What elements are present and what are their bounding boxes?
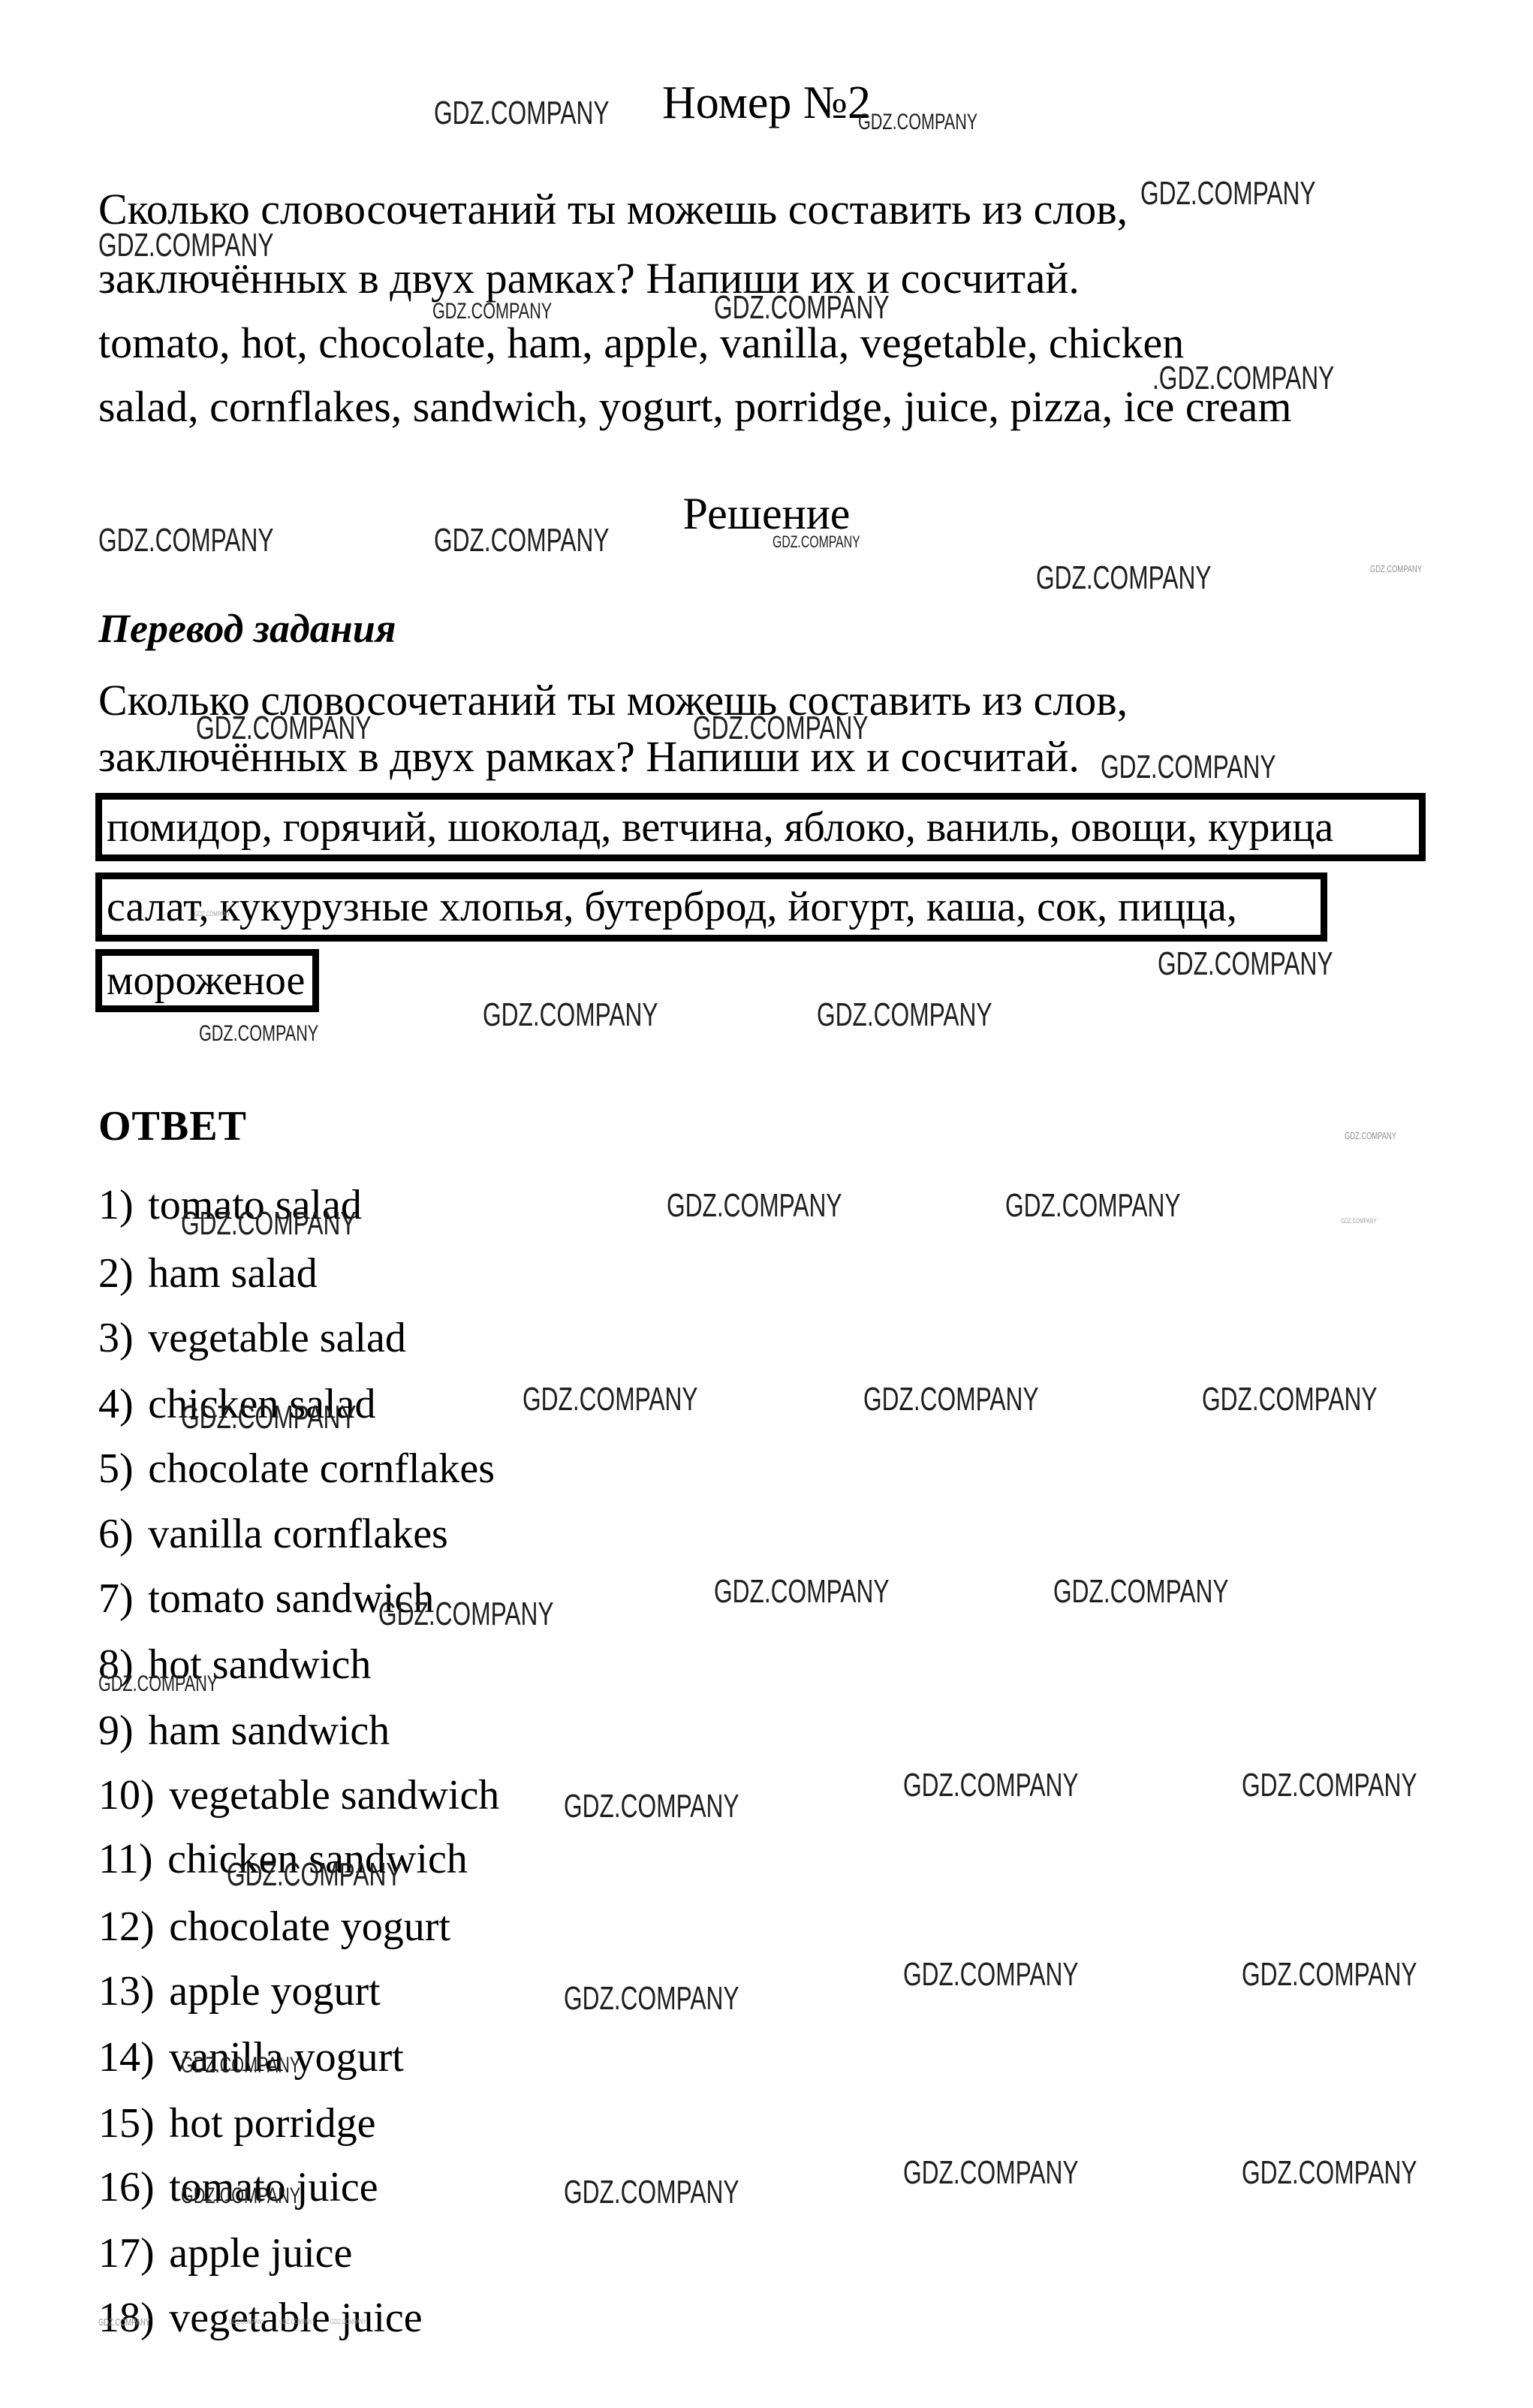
gdz-watermark: GDZ.COMPANY — [227, 1858, 402, 1891]
gdz-watermark: GDZ.COMPANY — [714, 1575, 890, 1608]
answer-item: 2)ham salad — [98, 1251, 318, 1296]
answer-item-number: 15) — [98, 2100, 155, 2147]
gdz-watermark: GDZ.COMPANY — [1242, 1769, 1417, 1802]
gdz-watermark: GDZ.COMPANY — [1242, 2156, 1417, 2190]
answer-item-number: 10) — [98, 1772, 155, 1819]
translation-box-1: помидор, горячий, шоколад, ветчина, ябло… — [95, 793, 1426, 861]
answer-item-number: 12) — [98, 1903, 155, 1950]
gdz-watermark: GDZ.COMPANY — [773, 534, 860, 550]
gdz-watermark: GDZ.COMPANY — [199, 1023, 318, 1045]
answer-item-number: 7) — [98, 1575, 134, 1622]
gdz-watermark: GDZ.COMPANY — [564, 1790, 739, 1823]
answer-item-number: 1) — [98, 1182, 134, 1228]
gdz-watermark: GDZ.COMPANY — [98, 1673, 218, 1695]
answer-item: 10)vegetable sandwich — [98, 1773, 499, 1818]
gdz-watermark: .GDZ.COMPANY — [1152, 362, 1334, 395]
answer-item-number: 4) — [98, 1381, 134, 1427]
answer-item-number: 17) — [98, 2230, 155, 2277]
translation-heading: Перевод задания — [98, 607, 396, 650]
answer-item-number: 5) — [98, 1445, 134, 1492]
gdz-watermark: GDZ.COMPANY — [181, 2054, 300, 2077]
answer-item-number: 14) — [98, 2034, 155, 2081]
answer-item-text: apple yogurt — [169, 1968, 380, 2015]
answer-heading: ОТВЕТ — [98, 1104, 247, 1149]
words-line-1: tomato, hot, chocolate, ham, apple, vani… — [98, 320, 1184, 367]
gdz-watermark: GDZ.COMPANY — [1005, 1189, 1181, 1222]
gdz-watermark: GDZ.COMPANY — [434, 524, 610, 557]
answer-item: 3)vegetable salad — [98, 1316, 406, 1361]
gdz-watermark: GDZ.COMPANY — [693, 712, 869, 745]
words-line-2: salad, cornflakes, sandwich, yogurt, por… — [98, 384, 1292, 431]
gdz-watermark: GDZ.COMPANY — [564, 1982, 739, 2015]
gdz-watermark: GDZ.COMPANY — [378, 1598, 554, 1631]
translation-box-1-text: помидор, горячий, шоколад, ветчина, ябло… — [107, 803, 1333, 851]
answer-item-number: 16) — [98, 2164, 155, 2211]
answer-item-text: vegetable salad — [148, 1315, 406, 1361]
gdz-watermark: GDZ.COMPANY — [181, 2185, 300, 2208]
gdz-watermark: GDZ.COMPANY — [1158, 948, 1333, 981]
gdz-watermark: GDZ.COMPANY — [1036, 562, 1212, 595]
gdz-watermark: GDZ.COMPANY — [1370, 564, 1422, 574]
answer-item-text: apple juice — [169, 2230, 352, 2277]
answer-item-number: 11) — [98, 1836, 153, 1882]
answer-item-number: 13) — [98, 1968, 155, 2015]
gdz-watermark: GDZ.COMPANY — [196, 712, 372, 745]
gdz-watermark: GDZ.COMPANY — [523, 1383, 698, 1416]
answer-item: 13)apple yogurt — [98, 1969, 381, 2014]
gdz-watermark: GDZ.COMPANY — [98, 524, 274, 557]
gdz-watermark: GDZ.COMPANY — [1101, 751, 1276, 784]
gdz-watermark: GDZ.COMPANY — [1345, 1131, 1396, 1141]
translation-box-3: мороженое — [95, 949, 319, 1012]
answer-item-number: 3) — [98, 1315, 134, 1361]
gdz-watermark: GDZ.COMPANY — [181, 1401, 357, 1434]
answer-item-number: 6) — [98, 1511, 134, 1557]
gdz-watermark: GDZ.COMPANY — [1053, 1575, 1229, 1608]
gdz-watermark: GDZ.COMPANY — [858, 111, 977, 134]
gdz-watermark: GDZ.COMPANY — [434, 97, 610, 130]
answer-item-text: vegetable sandwich — [169, 1772, 499, 1819]
answer-item-text: ham sandwich — [148, 1707, 390, 1754]
answer-item-text: chocolate cornflakes — [148, 1445, 495, 1492]
gdz-watermark: GDZ.COMPANY — [863, 1383, 1039, 1416]
document-page: Номер №2 GDZ.COMPANY GDZ.COMPANY Сколько… — [0, 0, 1533, 2408]
gdz-watermark: GDZ.COMPANY — [667, 1189, 842, 1222]
answer-item-text: ham salad — [148, 1250, 317, 1297]
gdz-watermark: GDZ.COMPANY — [330, 2319, 366, 2325]
gdz-watermark: GDZ.COMPANY — [564, 2176, 739, 2209]
gdz-watermark: GDZ.COMPANY — [817, 999, 992, 1032]
answer-item-text: hot porridge — [169, 2100, 375, 2147]
answer-item: 5)chocolate cornflakes — [98, 1446, 495, 1491]
gdz-watermark: GDZ.COMPANY — [279, 2319, 315, 2325]
gdz-watermark: GDZ.COMPANY — [1202, 1383, 1378, 1416]
answer-item: 17)apple juice — [98, 2231, 352, 2276]
answer-item: 9)ham sandwich — [98, 1708, 390, 1753]
answer-item: 15)hot porridge — [98, 2101, 376, 2146]
translation-box-2: салат, кукурузные хлопья, бутерброд, йог… — [95, 872, 1327, 942]
gdz-watermark: GDZ.COMPANY — [1341, 1218, 1377, 1225]
page-title: Номер №2 — [0, 78, 1533, 128]
answer-item-text: chocolate yogurt — [169, 1903, 450, 1950]
answer-item-number: 9) — [98, 1707, 134, 1754]
gdz-watermark: GDZ.COMPANY — [194, 911, 230, 918]
gdz-watermark: GDZ.COMPANY — [98, 2317, 150, 2327]
gdz-watermark: GDZ.COMPANY — [1140, 177, 1316, 210]
translation-box-2-text: салат, кукурузные хлопья, бутерброд, йог… — [107, 883, 1237, 931]
answer-item-text: vanilla cornflakes — [148, 1511, 448, 1557]
gdz-watermark: GDZ.COMPANY — [229, 2319, 265, 2325]
gdz-watermark: GDZ.COMPANY — [903, 2156, 1079, 2190]
gdz-watermark: GDZ.COMPANY — [483, 999, 658, 1032]
gdz-watermark: GDZ.COMPANY — [98, 229, 274, 262]
answer-item: 6)vanilla cornflakes — [98, 1511, 448, 1557]
gdz-watermark: GDZ.COMPANY — [181, 1207, 357, 1240]
answer-item: 12)chocolate yogurt — [98, 1904, 450, 1949]
gdz-watermark: GDZ.COMPANY — [903, 1958, 1079, 1991]
gdz-watermark: GDZ.COMPANY — [903, 1769, 1079, 1802]
gdz-watermark: GDZ.COMPANY — [1242, 1958, 1417, 1991]
translation-box-3-text: мороженое — [107, 957, 305, 1005]
answer-item-number: 2) — [98, 1250, 134, 1297]
